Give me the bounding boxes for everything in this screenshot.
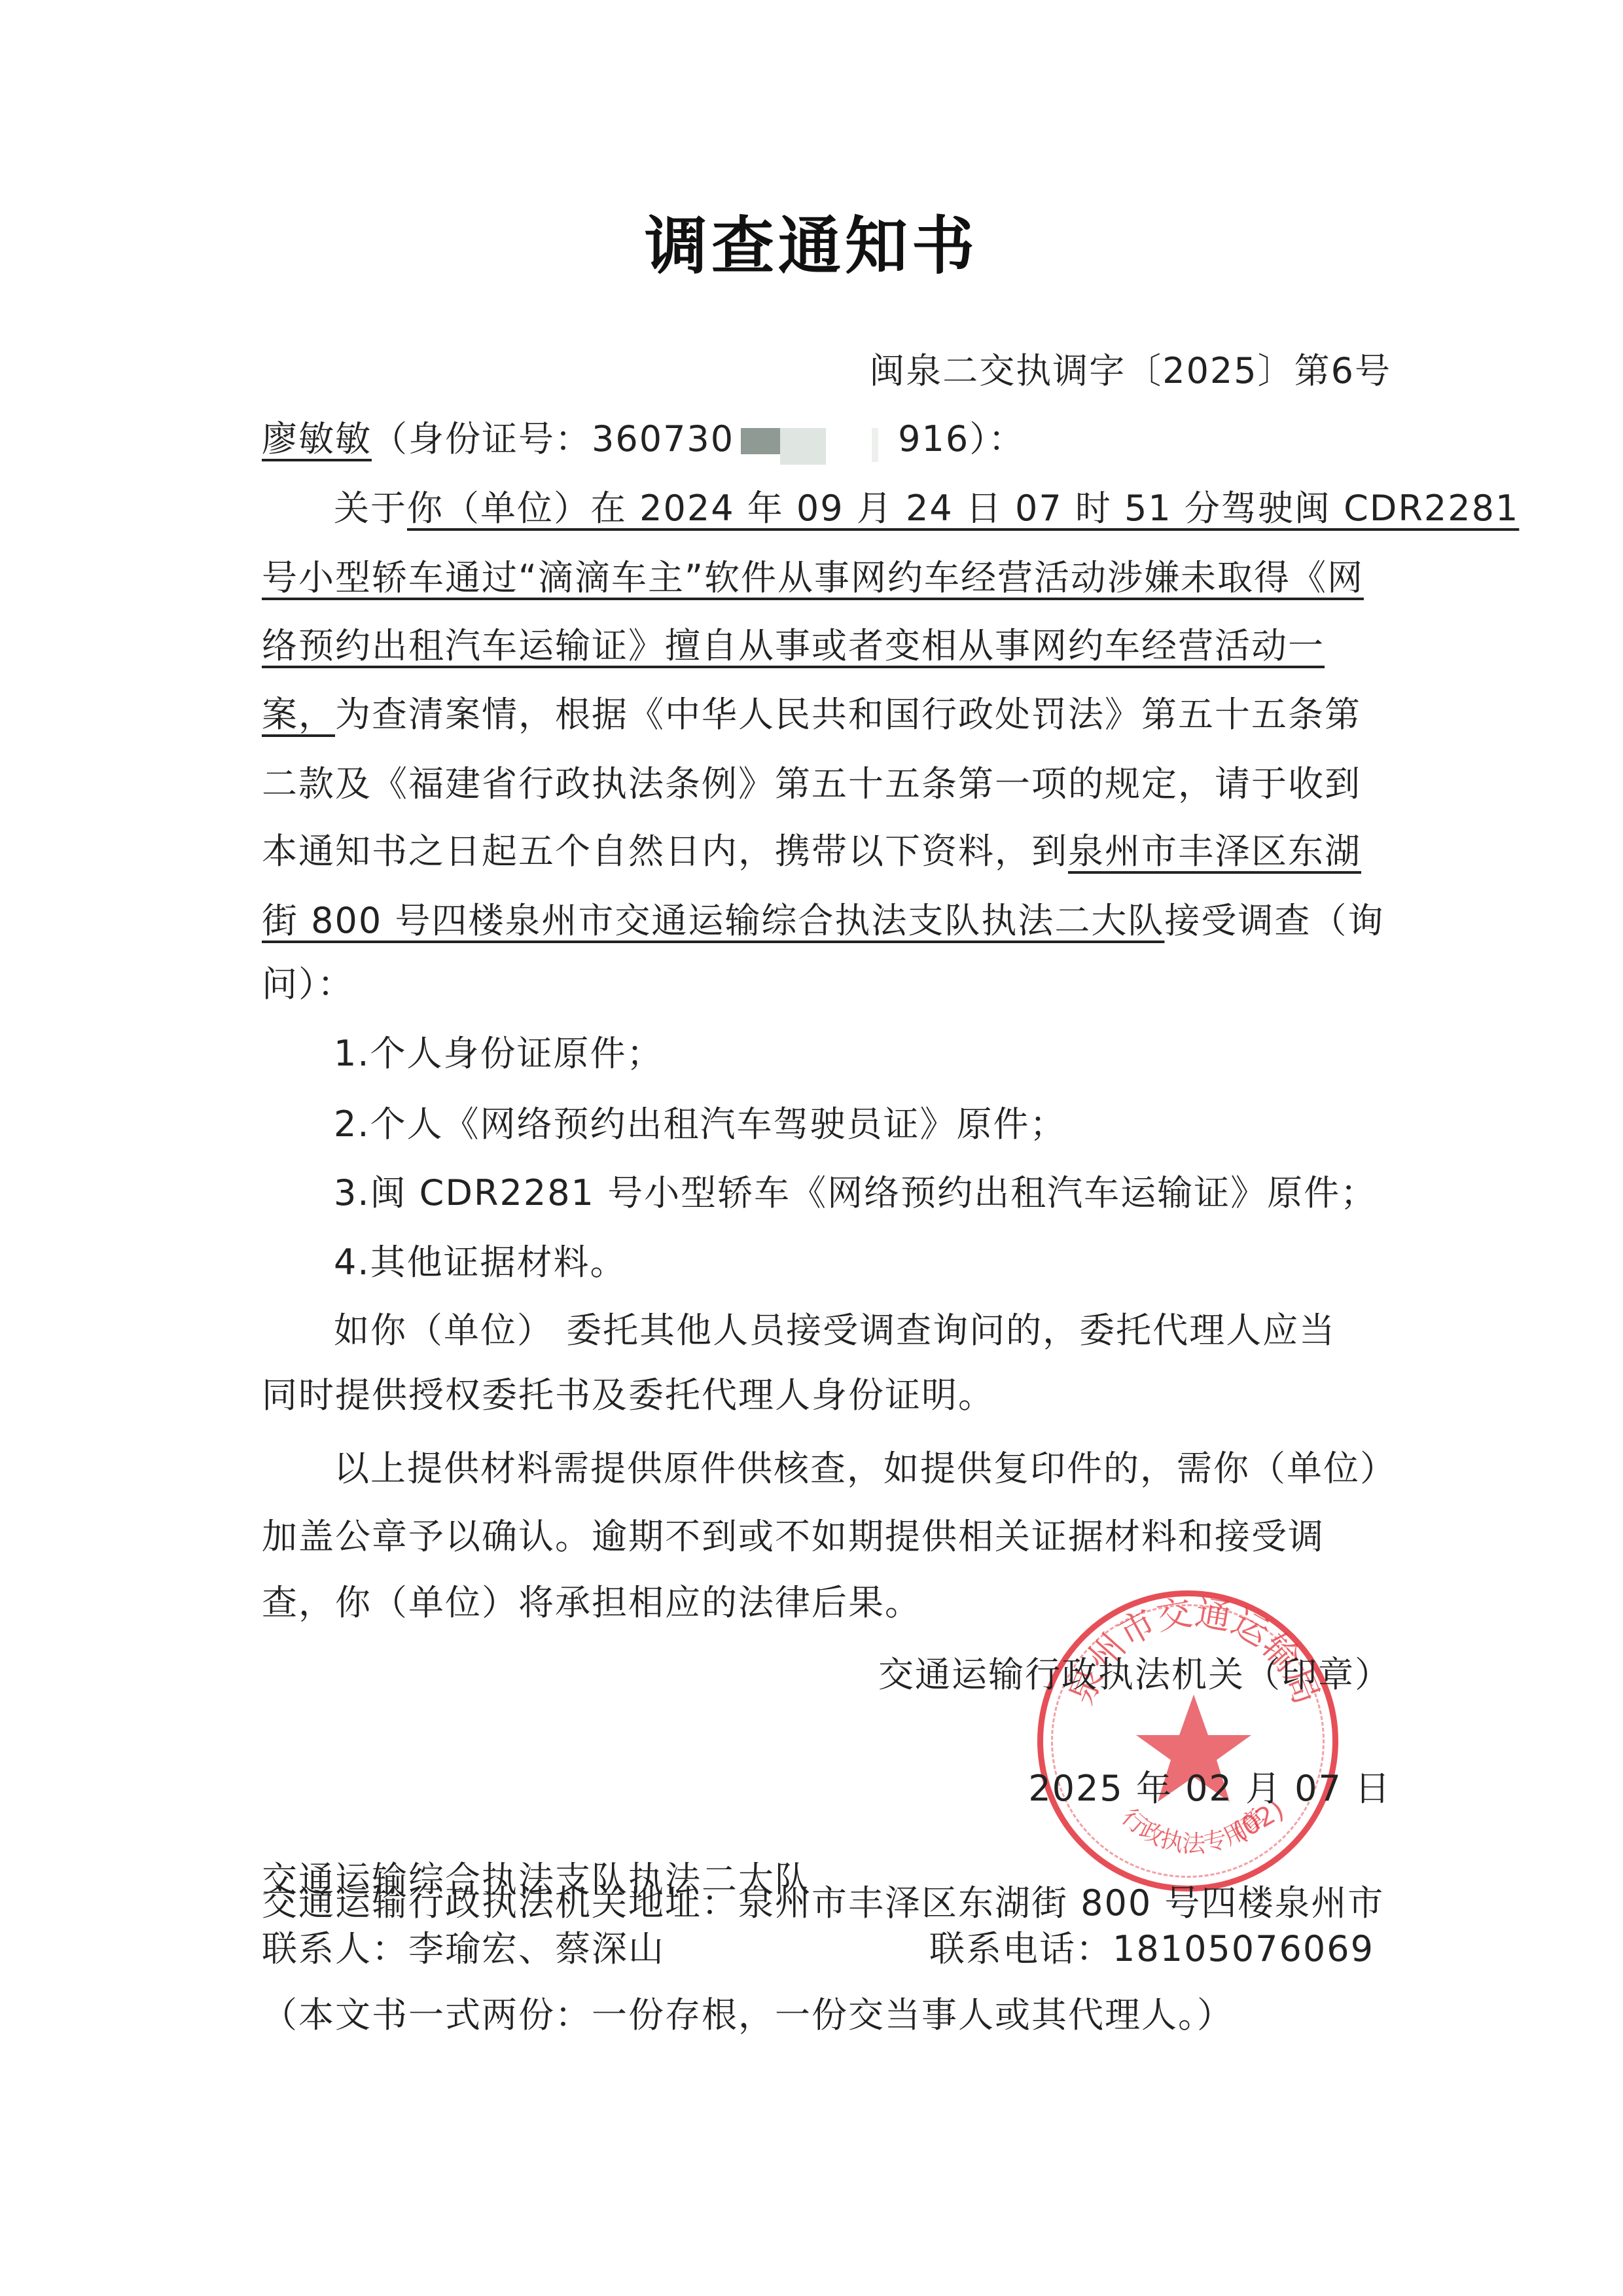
recipient-id-prefix: （身份证号：360730: [372, 418, 734, 459]
signature-authority: 交通运输行政执法机关（印章）: [0, 1652, 1391, 1698]
seal-text-bottom: 行政执法专用章: [1116, 1804, 1272, 1857]
body-line: 二款及《福建省行政执法条例》第五十五条第一项的规定，请于收到: [262, 761, 1394, 807]
body-line: 关于你（单位）在 2024 年 09 月 24 日 07 时 51 分驾驶闽 C…: [262, 486, 1466, 531]
body-line: 络预约出租汽车运输证》擅自从事或者变相从事网约车经营活动一: [262, 623, 1394, 669]
redacted-id-block: [734, 425, 898, 457]
body-text: 关于: [334, 488, 407, 529]
body-line: 号小型轿车通过“滴滴车主”软件从事网约车经营活动涉嫌未取得《网: [262, 555, 1394, 601]
material-item: 1.个人身份证原件；: [262, 1031, 1466, 1077]
recipient-name: 廖敏敏: [262, 418, 372, 459]
proxy-paragraph-line: 同时提供授权委托书及委托代理人身份证明。: [262, 1372, 1394, 1418]
body-line: 街 800 号四楼泉州市交通运输综合执法支队执法二大队接受调查（询: [262, 898, 1394, 944]
body-underlined-text: 你（单位）在 2024 年 09 月 24 日 07 时 51 分驾驶闽 CDR…: [407, 488, 1519, 529]
copies-note: （本文书一式两份：一份存根，一份交当事人或其代理人。）: [262, 1992, 1394, 2038]
material-item: 3.闽 CDR2281 号小型轿车《网络预约出租汽车运输证》原件；: [262, 1170, 1466, 1216]
official-seal: 泉州市交通运输局 (02) 行政执法专用章: [1037, 1590, 1338, 1892]
body-underlined-text: 络预约出租汽车运输证》擅自从事或者变相从事网约车经营活动一: [262, 625, 1325, 666]
document-page: 调查通知书 闽泉二交执调字〔2025〕第6号 廖敏敏（身份证号：36073091…: [0, 0, 1623, 2296]
originals-paragraph-line: 加盖公章予以确认。逾期不到或不如期提供相关证据材料和接受调: [262, 1514, 1394, 1560]
body-line: 问）：: [262, 961, 1394, 1007]
body-underlined-text: 案，: [262, 694, 335, 735]
body-text: 接受调查（询: [1164, 900, 1384, 941]
seal-graphic: 泉州市交通运输局 (02) 行政执法专用章: [1043, 1596, 1344, 1897]
body-underlined-text: 号小型轿车通过“滴滴车主”软件从事网约车经营活动涉嫌未取得《网: [262, 557, 1364, 598]
proxy-paragraph-line: 如你（单位） 委托其他人员接受调查询问的，委托代理人应当: [262, 1308, 1466, 1354]
recipient-line: 廖敏敏（身份证号：360730916）：: [262, 416, 1394, 462]
svg-text:行政执法专用章: 行政执法专用章: [1116, 1804, 1272, 1857]
issue-date: 2025 年 02 月 07 日: [0, 1766, 1391, 1812]
body-line: 案，为查清案情，根据《中华人民共和国行政处罚法》第五十五条第: [262, 692, 1394, 738]
material-item: 2.个人《网络预约出租汽车驾驶员证》原件；: [262, 1102, 1466, 1147]
document-number: 闽泉二交执调字〔2025〕第6号: [869, 348, 1391, 394]
body-text: 本通知书之日起五个自然日内，携带以下资料，到: [262, 831, 1068, 872]
originals-paragraph-line: 以上提供材料需提供原件供核查，如提供复印件的，需你（单位）: [262, 1446, 1466, 1492]
address-line: 交通运输行政执法机关地址：泉州市丰泽区东湖街 800 号四楼泉州市: [262, 1880, 1394, 1926]
body-underlined-text: 泉州市丰泽区东湖: [1068, 831, 1361, 872]
material-item: 4.其他证据材料。: [262, 1240, 1466, 1285]
body-text: 问）：: [262, 963, 354, 1005]
body-line: 本通知书之日起五个自然日内，携带以下资料，到泉州市丰泽区东湖: [262, 829, 1394, 874]
body-text: 为查清案情，根据《中华人民共和国行政处罚法》第五十五条第: [335, 694, 1361, 735]
document-title: 调查通知书: [0, 196, 1623, 286]
body-underlined-text: 街 800 号四楼泉州市交通运输综合执法支队执法二大队: [262, 900, 1164, 941]
body-text: 二款及《福建省行政执法条例》第五十五条第一项的规定，请于收到: [262, 763, 1361, 804]
recipient-id-suffix: 916）：: [898, 418, 1025, 459]
contact-phone: 联系电话：18105076069: [929, 1926, 1387, 1972]
